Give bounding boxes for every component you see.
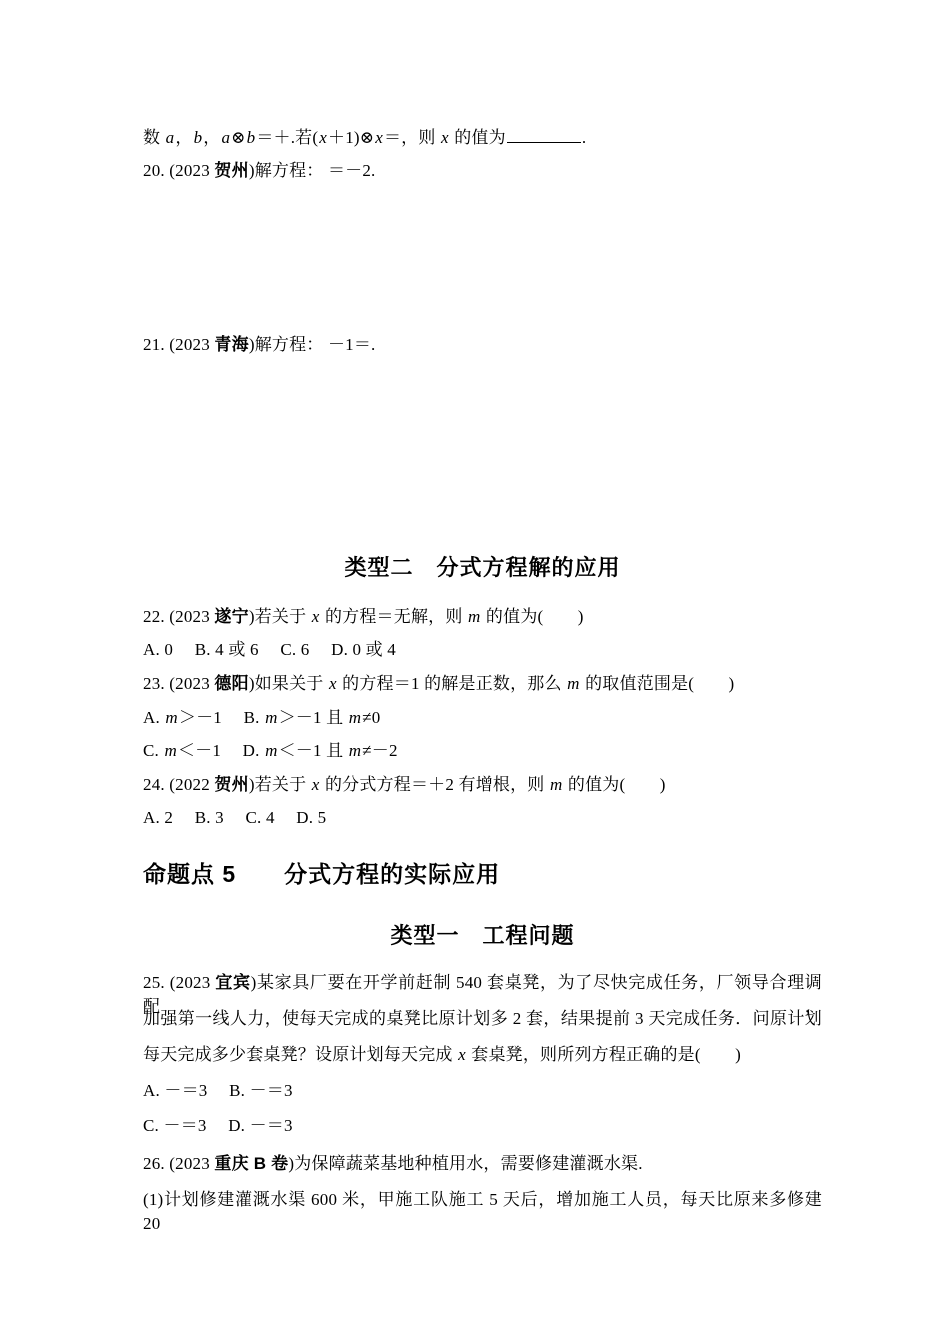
problem-25-line-3: 每天完成多少套桌凳？设原计划每天完成 x 套桌凳，则所列方程正确的是( ) [143, 1043, 822, 1067]
text-segment: ＝＋.若( [256, 128, 318, 147]
math-variable: m [264, 741, 278, 760]
text-segment: 的取值范围是( ) [581, 674, 735, 693]
math-variable: a [220, 128, 231, 147]
text-segment: ≠0 [362, 708, 380, 727]
problem-25-options-cd: C. －＝3 D. －＝3 [143, 1114, 822, 1138]
text-segment: )若关于 [249, 775, 311, 794]
text-segment: . [582, 128, 586, 147]
text-segment: 的方程＝1 的解是正数，那么 [338, 674, 566, 693]
math-variable: x [328, 674, 338, 693]
math-variable: x [440, 128, 450, 147]
problem-25-options-ab: A. －＝3 B. －＝3 [143, 1079, 822, 1103]
math-variable: m [549, 775, 563, 794]
problem-24-options: A. 2 B. 3 C. 4 D. 5 [143, 806, 822, 830]
source-name: 青海 [214, 335, 248, 354]
text-segment: ＜－1 D. [178, 741, 264, 760]
problem-23-line: 23. (2023 德阳)如果关于 x 的方程＝1 的解是正数，那么 m 的取值… [143, 672, 822, 696]
text-segment: 21. (2023 [143, 335, 214, 354]
math-variable: m [348, 708, 362, 727]
text-segment: ≠－2 [362, 741, 397, 760]
math-variable: m [163, 741, 177, 760]
text-segment: )解方程： ＝－2. [249, 161, 376, 180]
math-variable: m [348, 741, 362, 760]
text-segment: ， [203, 128, 220, 147]
text-segment: 每天完成多少套桌凳？设原计划每天完成 [143, 1045, 457, 1064]
text-segment: ⊗ [231, 128, 245, 147]
problem-20-line: 20. (2023 贺州)解方程： ＝－2. [143, 159, 822, 183]
math-variable: x [374, 128, 384, 147]
math-variable: m [264, 708, 278, 727]
text-segment: ＋1)⊗ [328, 128, 374, 147]
problem-23-options-cd: C. m＜－1 D. m＜－1 且 m≠－2 [143, 739, 822, 763]
text-segment: A. [143, 708, 164, 727]
source-name: 德阳 [214, 674, 248, 693]
text-segment: 25. (2023 [143, 973, 215, 992]
math-variable: x [318, 128, 328, 147]
problem-22-options: A. 0 B. 4 或 6 C. 6 D. 0 或 4 [143, 638, 822, 662]
source-name: 宜宾 [215, 973, 250, 992]
worksheet-page: 数 a，b，a⊗b＝＋.若(x＋1)⊗x＝，则 x 的值为. 20. (2023… [0, 0, 950, 1344]
source-name: 贺州 [214, 161, 248, 180]
text-segment: C. [143, 741, 163, 760]
text-segment: )解方程： －1＝. [249, 335, 376, 354]
text-segment: 的分式方程＝＋2 有增根，则 [321, 775, 549, 794]
text-segment: )为保障蔬菜基地种植用水，需要修建灌溉水渠. [288, 1154, 642, 1173]
text-segment: ＞－1 且 [279, 708, 348, 727]
text-segment: )若关于 [249, 607, 311, 626]
problem-25-line-2: 加强第一线人力，使每天完成的桌凳比原计划多 2 套，结果提前 3 天完成任务．问… [143, 1007, 822, 1031]
text-segment: )如果关于 [249, 674, 328, 693]
answer-blank [507, 125, 581, 143]
math-variable: b [193, 128, 204, 147]
text-segment: 22. (2023 [143, 607, 214, 626]
problem-26-line-2: (1)计划修建灌溉水渠 600 米，甲施工队施工 5 天后，增加施工人员，每天比… [143, 1188, 822, 1236]
math-variable: m [164, 708, 178, 727]
section-heading-point5: 命题点 5 分式方程的实际应用 [143, 858, 822, 890]
text-segment: ＜－1 且 [279, 741, 348, 760]
text-segment: ＝，则 [384, 128, 440, 147]
source-name: 贺州 [214, 775, 248, 794]
text-segment: ＞－1 B. [179, 708, 264, 727]
text-segment: 的值为( ) [563, 775, 665, 794]
text-segment: ， [175, 128, 192, 147]
math-variable: x [311, 607, 321, 626]
math-variable: a [165, 128, 176, 147]
text-segment: 的值为 [450, 128, 506, 147]
text-segment: 的方程＝无解，则 [321, 607, 468, 626]
problem-23-options-ab: A. m＞－1 B. m＞－1 且 m≠0 [143, 706, 822, 730]
math-variable: m [566, 674, 580, 693]
problem-26-line-1: 26. (2023 重庆 B 卷)为保障蔬菜基地种植用水，需要修建灌溉水渠. [143, 1152, 822, 1176]
problem-19-continuation-line: 数 a，b，a⊗b＝＋.若(x＋1)⊗x＝，则 x 的值为. [143, 125, 822, 150]
math-variable: x [457, 1045, 467, 1064]
text-segment: 24. (2022 [143, 775, 214, 794]
problem-22-line: 22. (2023 遂宁)若关于 x 的方程＝无解，则 m 的值为( ) [143, 605, 822, 629]
text-segment: 26. (2023 [143, 1154, 214, 1173]
math-variable: x [311, 775, 321, 794]
math-variable: m [467, 607, 481, 626]
source-name: 重庆 B 卷 [214, 1154, 288, 1173]
section-heading-type2: 类型二 分式方程解的应用 [143, 553, 822, 583]
source-name: 遂宁 [214, 607, 248, 626]
text-segment: 23. (2023 [143, 674, 214, 693]
section-heading-type1: 类型一 工程问题 [143, 921, 822, 951]
text-segment: 20. (2023 [143, 161, 214, 180]
text-segment: 套桌凳，则所列方程正确的是( ) [467, 1045, 741, 1064]
text-segment: 数 [143, 128, 165, 147]
math-variable: b [246, 128, 257, 147]
problem-24-line: 24. (2022 贺州)若关于 x 的分式方程＝＋2 有增根，则 m 的值为(… [143, 773, 822, 797]
problem-21-line: 21. (2023 青海)解方程： －1＝. [143, 333, 822, 357]
text-segment: 的值为( ) [481, 607, 583, 626]
